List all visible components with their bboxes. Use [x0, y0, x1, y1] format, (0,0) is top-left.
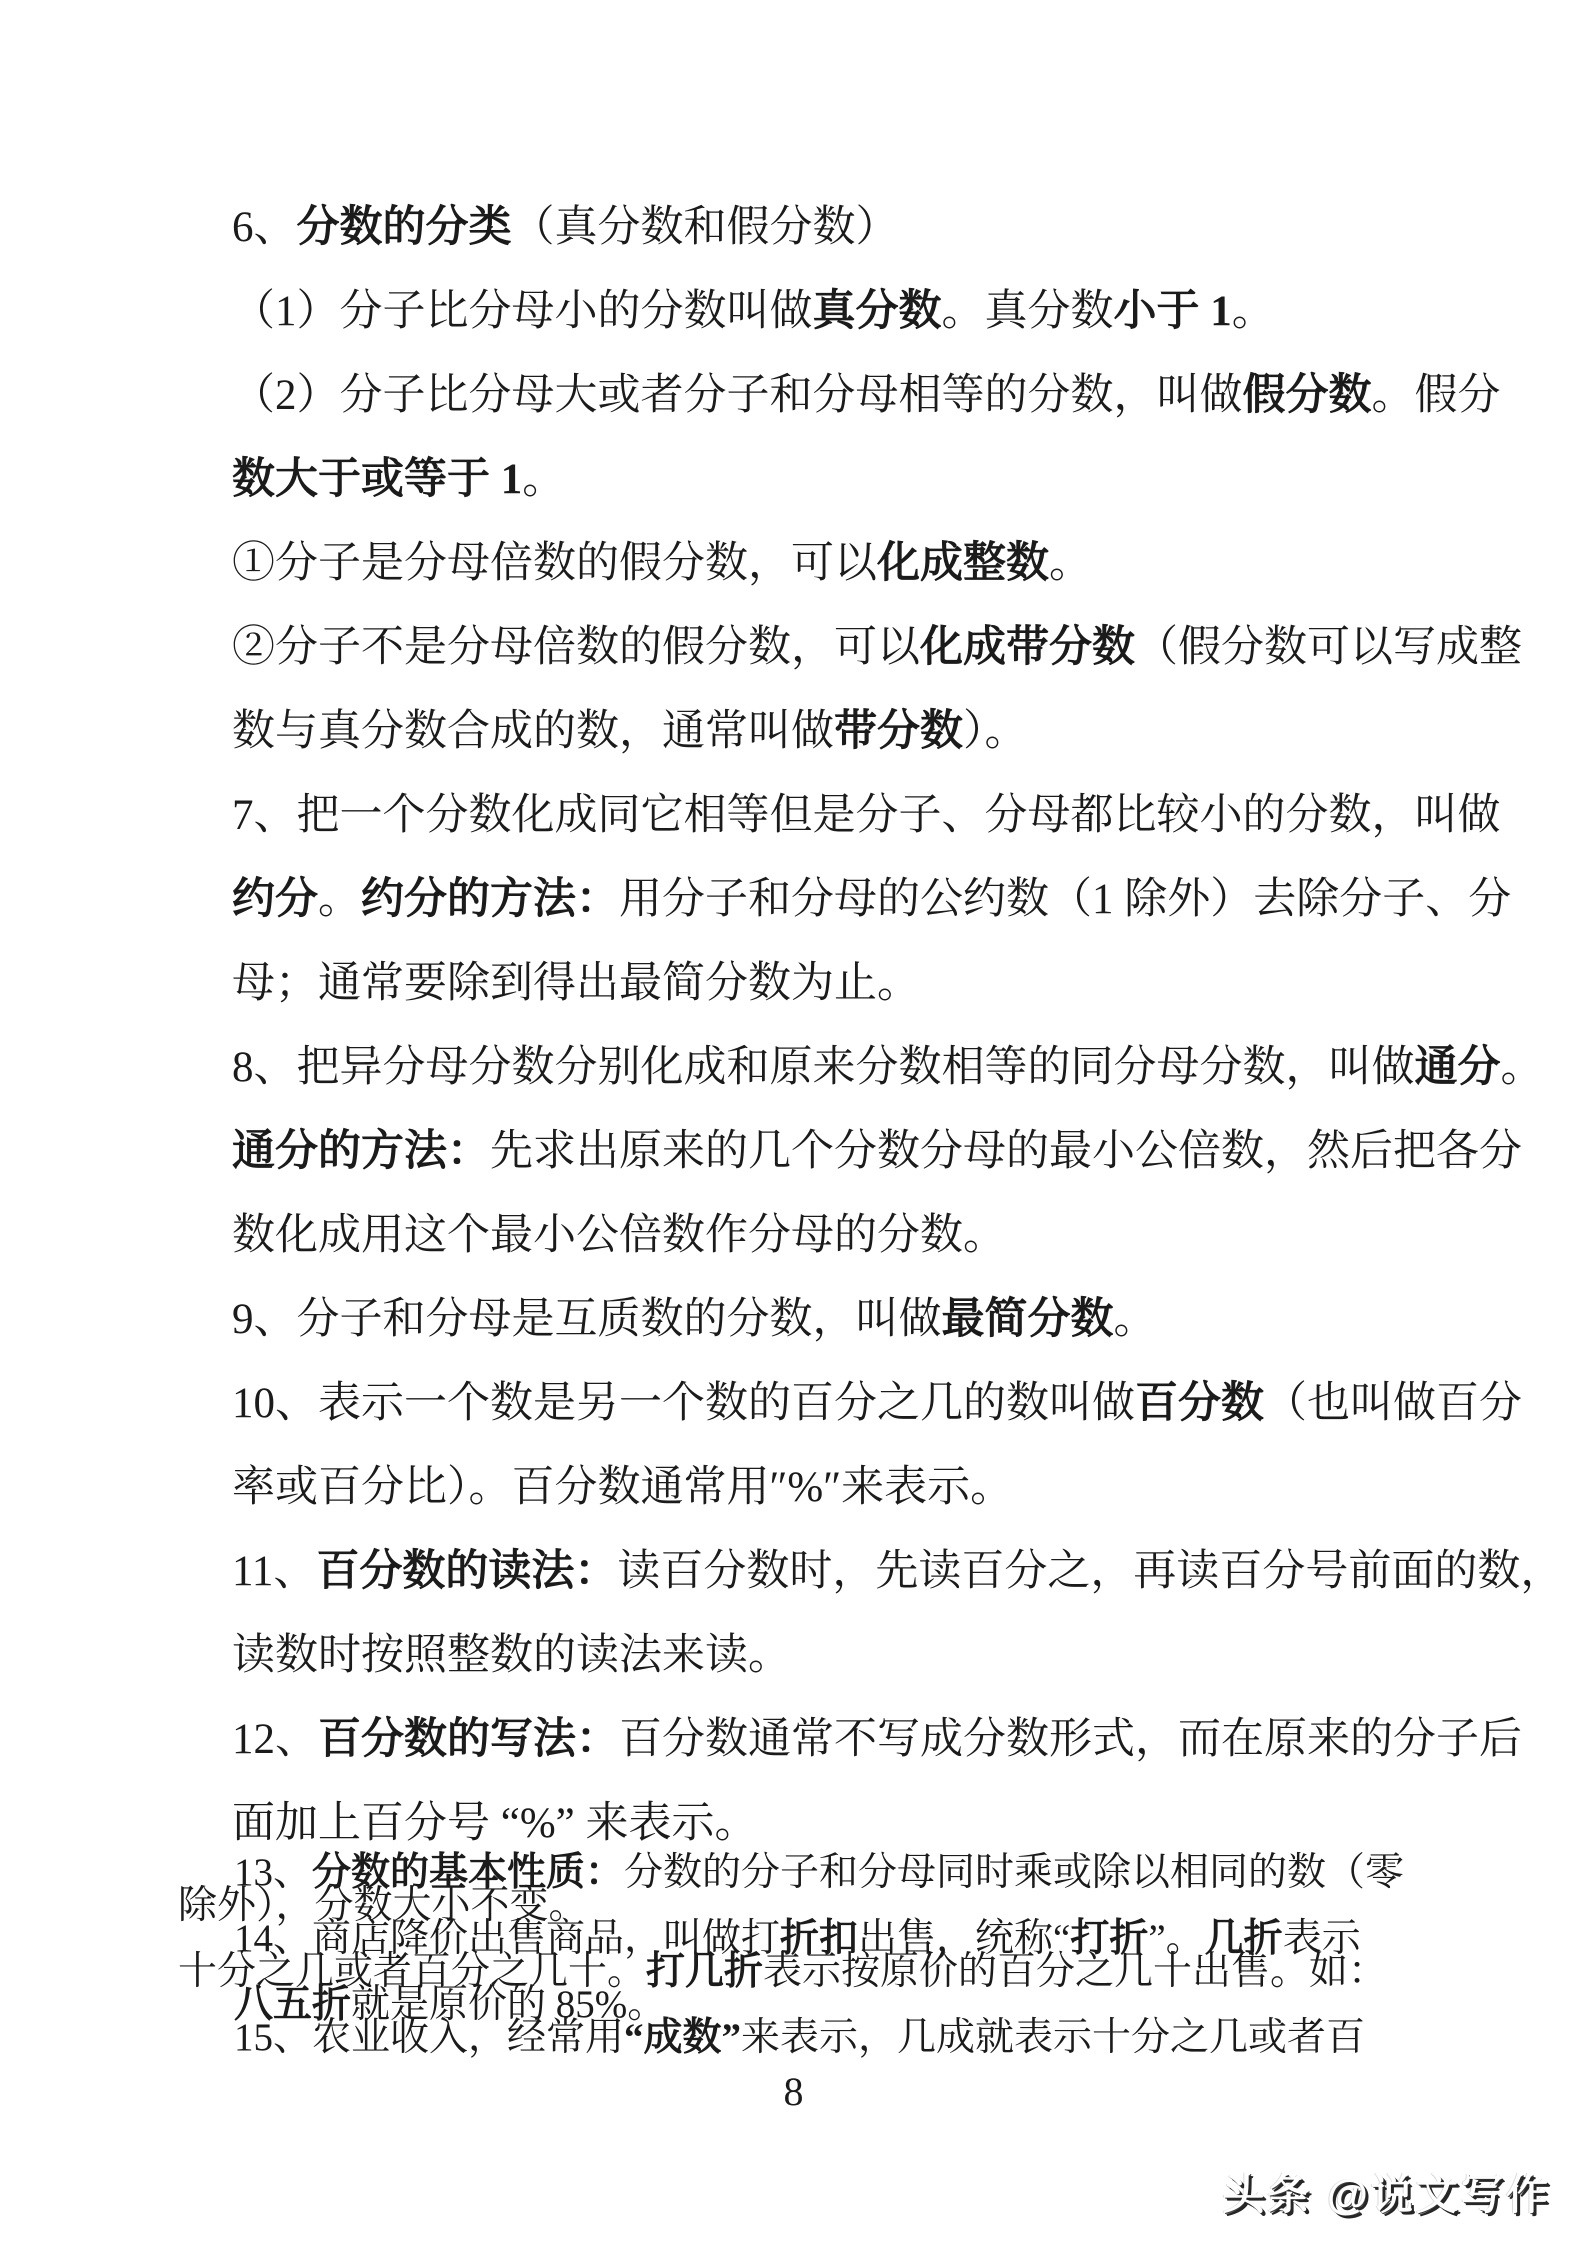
text-line: 9、分子和分母是互质数的分数，叫做最简分数。	[232, 1278, 1492, 1362]
text-segment: （也叫做百分	[1264, 1380, 1522, 1427]
text-segment: 12、	[232, 1716, 318, 1763]
text-segment: 分数的分子和分母同时乘或除以相同的数（零	[624, 1851, 1404, 1894]
text-segment: 15、农业收入，经常用	[234, 2016, 624, 2059]
text-segment: （真分数和假分数）	[512, 204, 899, 251]
text-line: 12、百分数的写法：百分数通常不写成分数形式，而在原来的分子后	[232, 1698, 1492, 1782]
text-segment: 8、把异分母分数分别化成和原来分数相等的同分母分数，叫做	[232, 1044, 1415, 1091]
text-line: ①分子是分母倍数的假分数，可以化成整数。	[232, 522, 1492, 606]
text-segment: 表示按原价的百分之几十出售。如：	[763, 1950, 1387, 1993]
bold-text-segment: 约分的方法：	[361, 876, 619, 923]
main-text-block: 6、分数的分类（真分数和假分数）（1）分子比分母小的分数叫做真分数。真分数小于 …	[232, 186, 1492, 1866]
text-segment: 10、表示一个数是另一个数的百分之几的数叫做	[232, 1380, 1135, 1427]
text-line: 率或百分比）。百分数通常用″%″来表示。	[232, 1446, 1492, 1530]
text-segment: 6、	[232, 204, 297, 251]
text-segment: 。真分数	[942, 288, 1114, 335]
text-segment: （1）分子比分母小的分数叫做	[232, 288, 813, 335]
text-segment: 率或百分比）。百分数通常用″%″来表示。	[232, 1464, 1013, 1511]
text-segment: 11、	[232, 1548, 316, 1595]
text-line: 数与真分数合成的数，通常叫做带分数）。	[232, 690, 1492, 774]
text-segment: 7、把一个分数化成同它相等但是分子、分母都比较小的分数，叫做	[232, 792, 1501, 839]
text-segment: 9、分子和分母是互质数的分数，叫做	[232, 1296, 942, 1343]
text-segment: 用分子和分母的公约数（1 除外）去除分子、分	[619, 876, 1511, 923]
bold-text-segment: 通分的方法：	[232, 1128, 490, 1175]
text-line: 8、把异分母分数分别化成和原来分数相等的同分母分数，叫做通分。	[232, 1026, 1492, 1110]
text-line: 读数时按照整数的读法来读。	[232, 1614, 1492, 1698]
text-line: 母；通常要除到得出最简分数为止。	[232, 942, 1492, 1026]
text-segment: 。	[1501, 1044, 1544, 1091]
text-line: 数化成用这个最小公倍数作分母的分数。	[232, 1194, 1492, 1278]
text-segment: 。	[318, 876, 361, 923]
text-segment: 。	[522, 456, 565, 503]
bold-text-segment: 化成带分数	[920, 624, 1135, 671]
bold-text-segment: 约分	[232, 876, 318, 923]
bold-text-segment: “成数”	[624, 2016, 741, 2059]
text-line: （2）分子比分母大或者分子和分母相等的分数，叫做假分数。假分	[232, 354, 1492, 438]
page-number: 8	[0, 2070, 1587, 2114]
text-segment: 读数时按照整数的读法来读。	[232, 1632, 791, 1679]
text-line: 15、农业收入，经常用“成数”来表示，几成就表示十分之几或者百	[178, 2021, 1478, 2054]
text-segment: 数与真分数合成的数，通常叫做	[232, 708, 834, 755]
text-line: （1）分子比分母小的分数叫做真分数。真分数小于 1。	[232, 270, 1492, 354]
watermark: 头条 @说文写作	[1222, 2162, 1551, 2222]
text-line: 10、表示一个数是另一个数的百分之几的数叫做百分数（也叫做百分	[232, 1362, 1492, 1446]
bold-text-segment: 真分数	[813, 288, 942, 335]
text-segment: 。	[1049, 540, 1092, 587]
text-line: ②分子不是分母倍数的假分数，可以化成带分数（假分数可以写成整	[232, 606, 1492, 690]
bold-text-segment: 化成整数	[877, 540, 1049, 587]
bold-text-segment: 假分数	[1243, 372, 1372, 419]
text-line: 7、把一个分数化成同它相等但是分子、分母都比较小的分数，叫做	[232, 774, 1492, 858]
text-segment: ②分子不是分母倍数的假分数，可以	[232, 624, 920, 671]
text-line: 6、分数的分类（真分数和假分数）	[232, 186, 1492, 270]
document-page: 6、分数的分类（真分数和假分数）（1）分子比分母小的分数叫做真分数。真分数小于 …	[0, 0, 1587, 2245]
compact-text-block: 13、分数的基本性质：分数的分子和分母同时乘或除以相同的数（零除外），分数大小不…	[178, 1856, 1478, 2054]
bold-text-segment: 通分	[1415, 1044, 1501, 1091]
bold-text-segment: 数大于或等于 1	[232, 456, 522, 503]
text-line: 数大于或等于 1。	[232, 438, 1492, 522]
text-segment: 数化成用这个最小公倍数作分母的分数。	[232, 1212, 1006, 1259]
text-line: 通分的方法：先求出原来的几个分数分母的最小公倍数，然后把各分	[232, 1110, 1492, 1194]
text-segment: （假分数可以写成整	[1135, 624, 1522, 671]
text-segment: 读百分数时，先读百分之，再读百分号前面的数，	[617, 1548, 1563, 1595]
bold-text-segment: 最简分数	[942, 1296, 1114, 1343]
bold-text-segment: 带分数	[834, 708, 963, 755]
bold-text-segment: 百分数	[1135, 1380, 1264, 1427]
text-segment: 。	[1114, 1296, 1157, 1343]
text-segment: ①分子是分母倍数的假分数，可以	[232, 540, 877, 587]
text-segment: 百分数通常不写成分数形式，而在原来的分子后	[619, 1716, 1522, 1763]
text-segment: ）。	[963, 708, 1028, 755]
text-segment: 面加上百分号 “%” 来表示。	[232, 1800, 758, 1847]
text-segment: 。假分	[1372, 372, 1501, 419]
bold-text-segment: 分数的分类	[297, 204, 512, 251]
text-segment: 来表示，几成就表示十分之几或者百	[741, 2016, 1365, 2059]
text-segment: （2）分子比分母大或者分子和分母相等的分数，叫做	[232, 372, 1243, 419]
text-line: 约分。约分的方法：用分子和分母的公约数（1 除外）去除分子、分	[232, 858, 1492, 942]
bold-text-segment: 小于 1	[1114, 288, 1232, 335]
bold-text-segment: 百分数的读法：	[316, 1548, 617, 1595]
text-segment: 母；通常要除到得出最简分数为止。	[232, 960, 920, 1007]
text-segment: 先求出原来的几个分数分母的最小公倍数，然后把各分	[490, 1128, 1522, 1175]
bold-text-segment: 百分数的写法：	[318, 1716, 619, 1763]
text-line: 11、百分数的读法：读百分数时，先读百分之，再读百分号前面的数，	[232, 1530, 1492, 1614]
text-segment: 。	[1232, 288, 1275, 335]
